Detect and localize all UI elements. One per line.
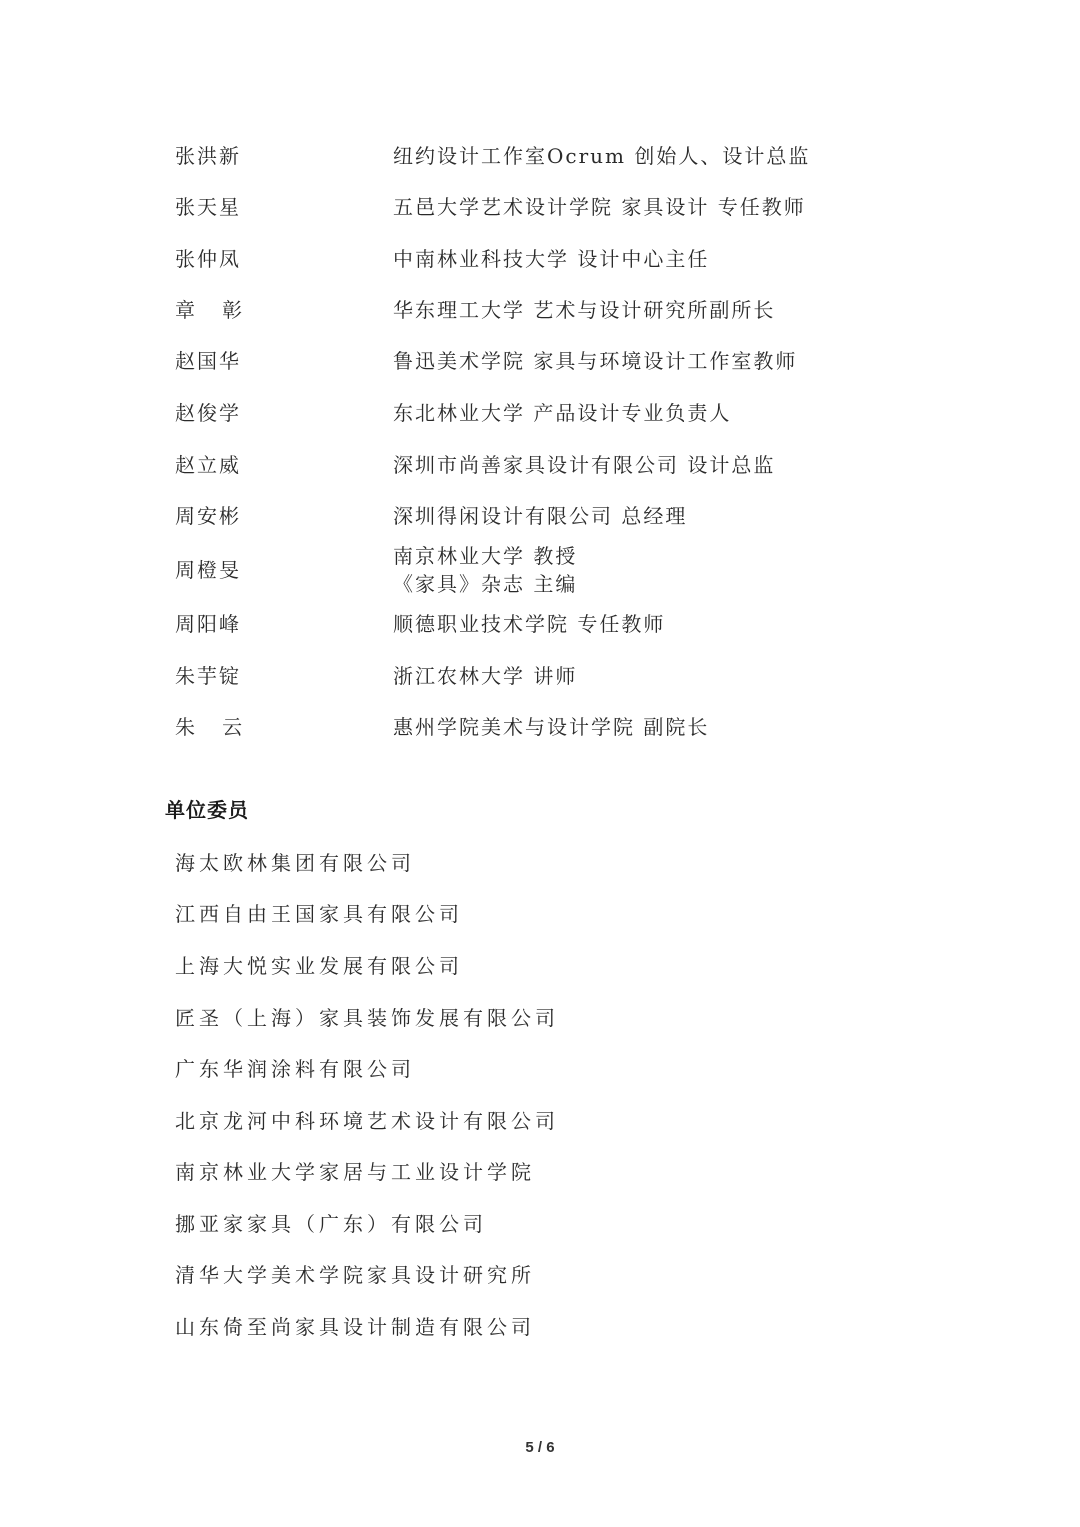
member-title-line: 中南林业科技大学 设计中心主任 xyxy=(393,245,709,273)
section-heading-unit-members: 单位委员 xyxy=(165,796,249,824)
member-title-line: 纽约设计工作室Ocrum 创始人、设计总监 xyxy=(393,142,810,170)
org-list-item: 上海大悦实业发展有限公司 xyxy=(175,952,463,980)
member-name: 张洪新 xyxy=(175,142,241,170)
member-name: 赵立威 xyxy=(175,451,241,479)
member-name: 周阳峰 xyxy=(175,610,241,638)
member-title: 浙江农林大学 讲师 xyxy=(393,662,577,690)
member-title-line: 浙江农林大学 讲师 xyxy=(393,662,577,690)
member-name: 张天星 xyxy=(175,193,241,221)
member-title-line: 惠州学院美术与设计学院 副院长 xyxy=(393,713,709,741)
member-name: 赵俊学 xyxy=(175,399,241,427)
org-list-item: 广东华润涂料有限公司 xyxy=(175,1055,415,1083)
member-title: 顺德职业技术学院 专任教师 xyxy=(393,610,665,638)
member-title: 惠州学院美术与设计学院 副院长 xyxy=(393,713,709,741)
member-title: 东北林业大学 产品设计专业负责人 xyxy=(393,399,731,427)
member-name: 朱 云 xyxy=(175,713,244,741)
member-title: 五邑大学艺术设计学院 家具设计 专任教师 xyxy=(393,193,806,221)
member-title-line: 南京林业大学 教授 xyxy=(393,542,577,570)
document-page: 张洪新 纽约设计工作室Ocrum 创始人、设计总监 张天星 五邑大学艺术设计学院… xyxy=(0,0,1080,1527)
org-list-item: 南京林业大学家居与工业设计学院 xyxy=(175,1158,535,1186)
org-list-item: 北京龙河中科环境艺术设计有限公司 xyxy=(175,1107,559,1135)
member-title: 深圳市尚善家具设计有限公司 设计总监 xyxy=(393,451,775,479)
member-title-line: 鲁迅美术学院 家具与环境设计工作室教师 xyxy=(393,347,797,375)
member-title-line: 深圳市尚善家具设计有限公司 设计总监 xyxy=(393,451,775,479)
org-list-item: 匠圣（上海）家具装饰发展有限公司 xyxy=(175,1004,559,1032)
member-title: 深圳得闲设计有限公司 总经理 xyxy=(393,502,687,530)
member-title: 中南林业科技大学 设计中心主任 xyxy=(393,245,709,273)
member-title-line: 华东理工大学 艺术与设计研究所副所长 xyxy=(393,296,775,324)
member-title-line: 深圳得闲设计有限公司 总经理 xyxy=(393,502,687,530)
member-name: 周橙旻 xyxy=(175,556,241,584)
member-title: 华东理工大学 艺术与设计研究所副所长 xyxy=(393,296,775,324)
member-name: 周安彬 xyxy=(175,502,241,530)
org-list-item: 山东倚至尚家具设计制造有限公司 xyxy=(175,1313,535,1341)
org-list-item: 清华大学美术学院家具设计研究所 xyxy=(175,1261,535,1289)
member-title-line: 东北林业大学 产品设计专业负责人 xyxy=(393,399,731,427)
member-title-line: 《家具》杂志 主编 xyxy=(393,570,577,598)
member-name: 张仲凤 xyxy=(175,245,241,273)
member-title: 纽约设计工作室Ocrum 创始人、设计总监 xyxy=(393,142,810,170)
page-number: 5 / 6 xyxy=(0,1439,1080,1456)
member-title-line: 顺德职业技术学院 专任教师 xyxy=(393,610,665,638)
org-list-item: 挪亚家家具（广东）有限公司 xyxy=(175,1210,487,1238)
member-title-line: 五邑大学艺术设计学院 家具设计 专任教师 xyxy=(393,193,806,221)
org-list-item: 海太欧林集团有限公司 xyxy=(175,849,415,877)
org-list-item: 江西自由王国家具有限公司 xyxy=(175,900,463,928)
member-name: 朱芋锭 xyxy=(175,662,241,690)
member-name: 赵国华 xyxy=(175,347,241,375)
member-title: 鲁迅美术学院 家具与环境设计工作室教师 xyxy=(393,347,797,375)
member-name: 章 彰 xyxy=(175,296,244,324)
member-title: 南京林业大学 教授 《家具》杂志 主编 xyxy=(393,542,577,598)
